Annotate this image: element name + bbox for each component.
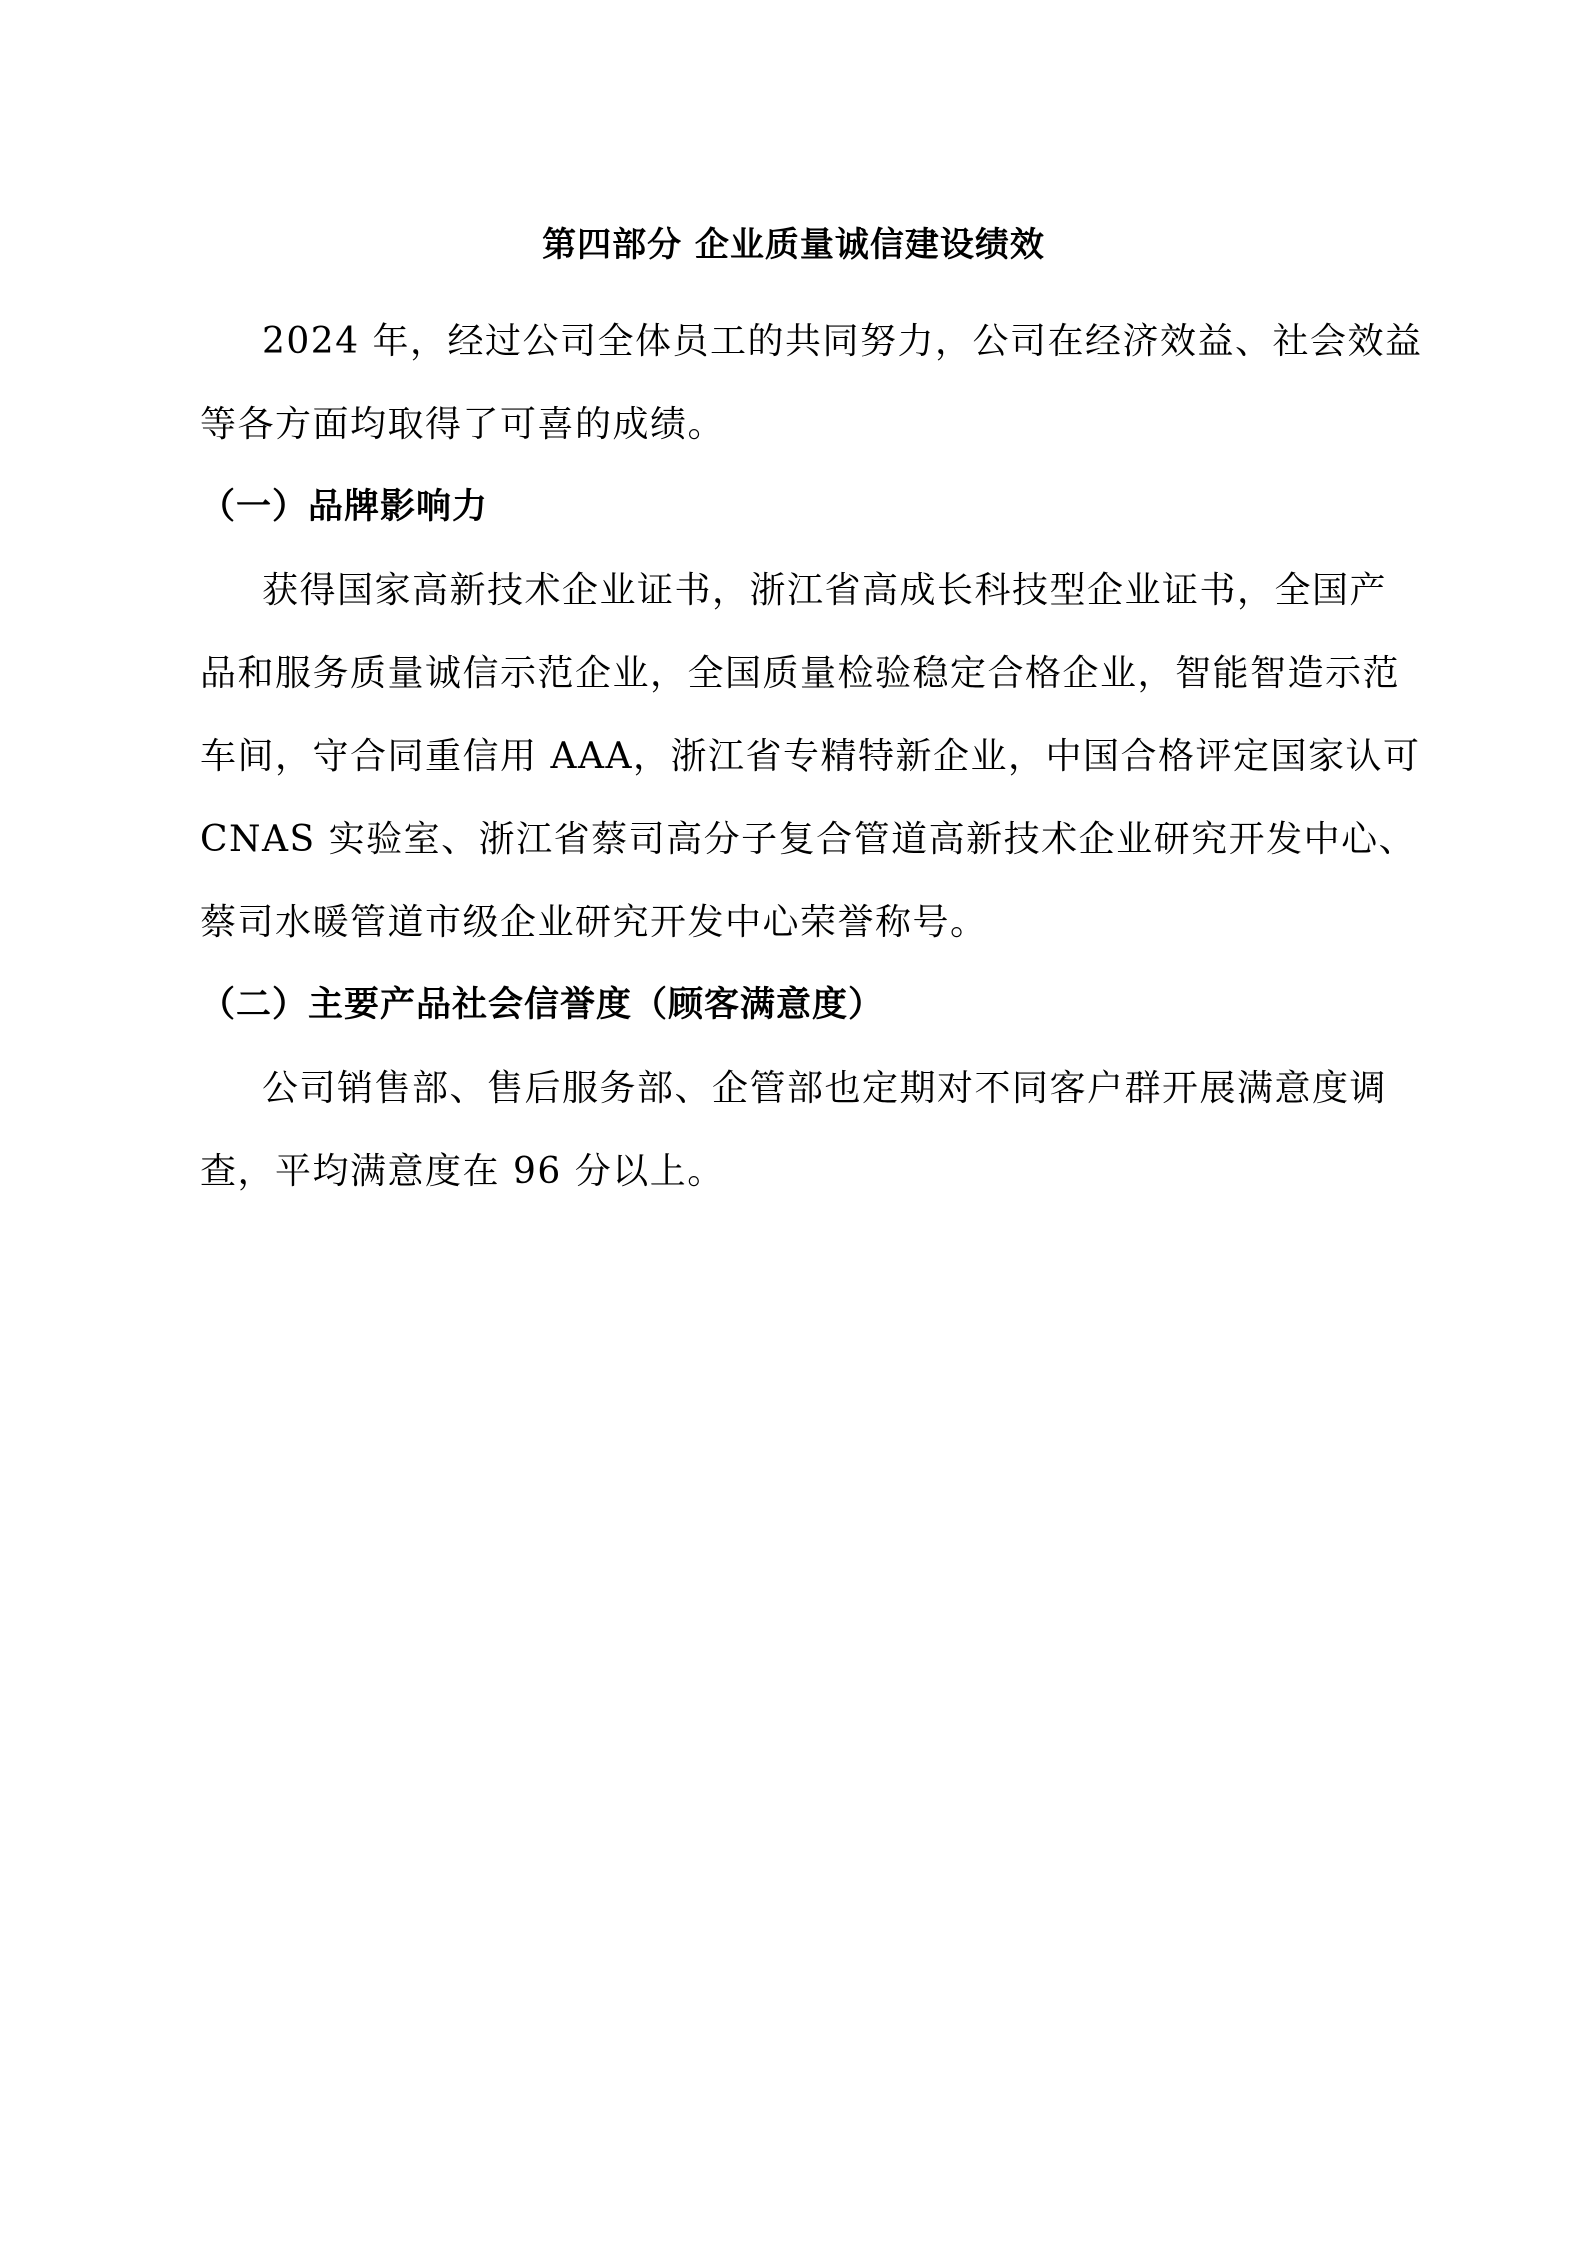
section-heading-customer-satisfaction: （二）主要产品社会信誉度（顾客满意度） [200, 964, 1390, 1047]
text-line: CNAS 实验室、浙江省蔡司高分子复合管道高新技术企业研究开发中心、 [200, 798, 1390, 881]
section-heading-brand-influence: （一）品牌影响力 [200, 466, 1390, 549]
brand-influence-paragraph: 获得国家高新技术企业证书，浙江省高成长科技型企业证书，全国产 品和服务质量诚信示… [200, 549, 1390, 964]
text-line: 蔡司水暖管道市级企业研究开发中心荣誉称号。 [200, 881, 1390, 964]
text-line: 查，平均满意度在 96 分以上。 [200, 1130, 1390, 1213]
intro-paragraph: 2024 年，经过公司全体员工的共同努力，公司在经济效益、社会效益 等各方面均取… [200, 300, 1390, 466]
customer-satisfaction-paragraph: 公司销售部、售后服务部、企管部也定期对不同客户群开展满意度调 查，平均满意度在 … [200, 1047, 1390, 1213]
page-title: 第四部分 企业质量诚信建设绩效 [200, 218, 1387, 272]
document-page: 第四部分 企业质量诚信建设绩效 2024 年，经过公司全体员工的共同努力，公司在… [0, 0, 1587, 2245]
text-line: 等各方面均取得了可喜的成绩。 [200, 383, 1390, 466]
text-line: 2024 年，经过公司全体员工的共同努力，公司在经济效益、社会效益 [200, 300, 1390, 383]
text-line: 获得国家高新技术企业证书，浙江省高成长科技型企业证书，全国产 [200, 549, 1390, 632]
text-line: 品和服务质量诚信示范企业，全国质量检验稳定合格企业，智能智造示范 [200, 632, 1390, 715]
document-body: 2024 年，经过公司全体员工的共同努力，公司在经济效益、社会效益 等各方面均取… [200, 300, 1390, 1213]
text-line: 公司销售部、售后服务部、企管部也定期对不同客户群开展满意度调 [200, 1047, 1390, 1130]
text-line: 车间，守合同重信用 AAA，浙江省专精特新企业，中国合格评定国家认可 [200, 715, 1390, 798]
